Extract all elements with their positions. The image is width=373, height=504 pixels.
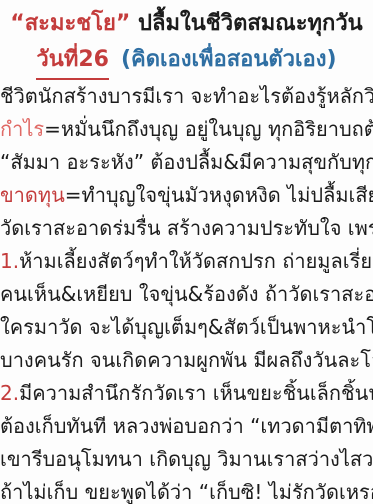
body-text: คนเห็น&เหยียบ ใจขุ่น&ร้องดัง ถ้าวัดเราสะ…: [0, 282, 373, 306]
body-line: ใครมาวัด จะได้บุญเต็มๆ&สัตว์เป็นพาหะนำโร…: [0, 311, 373, 344]
body-text: วัดเราสะอาดร่มรื่น สร้างความประทับใจ เพร…: [0, 216, 373, 240]
body-text: ถ้าไม่เก็บ ขยะพูดได้ว่า “เก็บซิ! ไม่รักว…: [0, 480, 373, 504]
body-line: วัดเราสะอาดร่มรื่น สร้างความประทับใจ เพร…: [0, 212, 373, 245]
list-number-1: 1.: [0, 249, 19, 273]
body-text: ต้องเก็บทันที หลวงพ่อบอกว่า “เทวดามีตาทิ…: [0, 414, 373, 438]
body-line: ขาดทุน=ทำบุญใจขุ่นมัวหงุดหงิด ไม่ปลื้มเส…: [0, 179, 373, 212]
body-line: ถ้าไม่เก็บ ขยะพูดได้ว่า “เก็บซิ! ไม่รักว…: [0, 476, 373, 504]
body-line: ชีวิตนักสร้างบารมีเรา จะทำอะไรต้องรู้หลั…: [0, 80, 373, 113]
title-highlight: “สะมะชโย”: [10, 11, 130, 36]
body-text: มีความสำนึกรักวัดเรา เห็นขยะชิ้นเล็กชิ้น…: [19, 381, 373, 405]
body-line: บางคนรัก จนเกิดความผูกพัน มีผลถึงวันละโล…: [0, 344, 373, 377]
body-text: ห้ามเลี้ยงสัตว์ๆทำให้วัดสกปรก ถ่ายมูลเรี…: [19, 249, 373, 273]
body-line: ต้องเก็บทันที หลวงพ่อบอกว่า “เทวดามีตาทิ…: [0, 410, 373, 443]
date-label: วันที่26: [36, 42, 109, 80]
body-text: บางคนรัก จนเกิดความผูกพัน มีผลถึงวันละโล…: [0, 348, 373, 372]
body-text: =หมั่นนึกถึงบุญ อยู่ในบุญ ทุกอิริยาบถต้อ…: [44, 117, 373, 141]
note-page: “สะมะชโย” ปลื้มในชีวิตสมณะทุกวัน วันที่2…: [0, 0, 373, 504]
date-line: วันที่26(คิดเองเพื่อสอนตัวเอง): [0, 42, 373, 80]
body-line: กำไร=หมั่นนึกถึงบุญ อยู่ในบุญ ทุกอิริยาบ…: [0, 113, 373, 146]
body-text: เขารีบอนุโมทนา เกิดบุญ วิมานเราสว่างไสว”: [0, 447, 373, 471]
title-line: “สะมะชโย” ปลื้มในชีวิตสมณะทุกวัน: [0, 6, 373, 42]
loss-label: ขาดทุน: [0, 183, 65, 207]
list-number-2: 2.: [0, 381, 19, 405]
title-rest: ปลื้มในชีวิตสมณะทุกวัน: [130, 11, 362, 36]
body-text: =ทำบุญใจขุ่นมัวหงุดหงิด ไม่ปลื้มเสียดาย: [65, 183, 373, 207]
body-text: ใครมาวัด จะได้บุญเต็มๆ&สัตว์เป็นพาหะนำโร…: [0, 315, 373, 339]
subtitle-text: (คิดเองเพื่อสอนตัวเอง): [121, 47, 337, 72]
profit-label: กำไร: [0, 117, 44, 141]
body-text: “สัมมา อะระหัง” ต้องปลื้ม&มีความสุขกับทุ…: [0, 150, 373, 174]
body-line: เขารีบอนุโมทนา เกิดบุญ วิมานเราสว่างไสว”: [0, 443, 373, 476]
body-text: ชีวิตนักสร้างบารมีเรา จะทำอะไรต้องรู้หลั…: [0, 84, 373, 108]
body-line: 2.มีความสำนึกรักวัดเรา เห็นขยะชิ้นเล็กชิ…: [0, 377, 373, 410]
body-line: 1.ห้ามเลี้ยงสัตว์ๆทำให้วัดสกปรก ถ่ายมูลเ…: [0, 245, 373, 278]
body-line: “สัมมา อะระหัง” ต้องปลื้ม&มีความสุขกับทุ…: [0, 146, 373, 179]
body-line: คนเห็น&เหยียบ ใจขุ่น&ร้องดัง ถ้าวัดเราสะ…: [0, 278, 373, 311]
